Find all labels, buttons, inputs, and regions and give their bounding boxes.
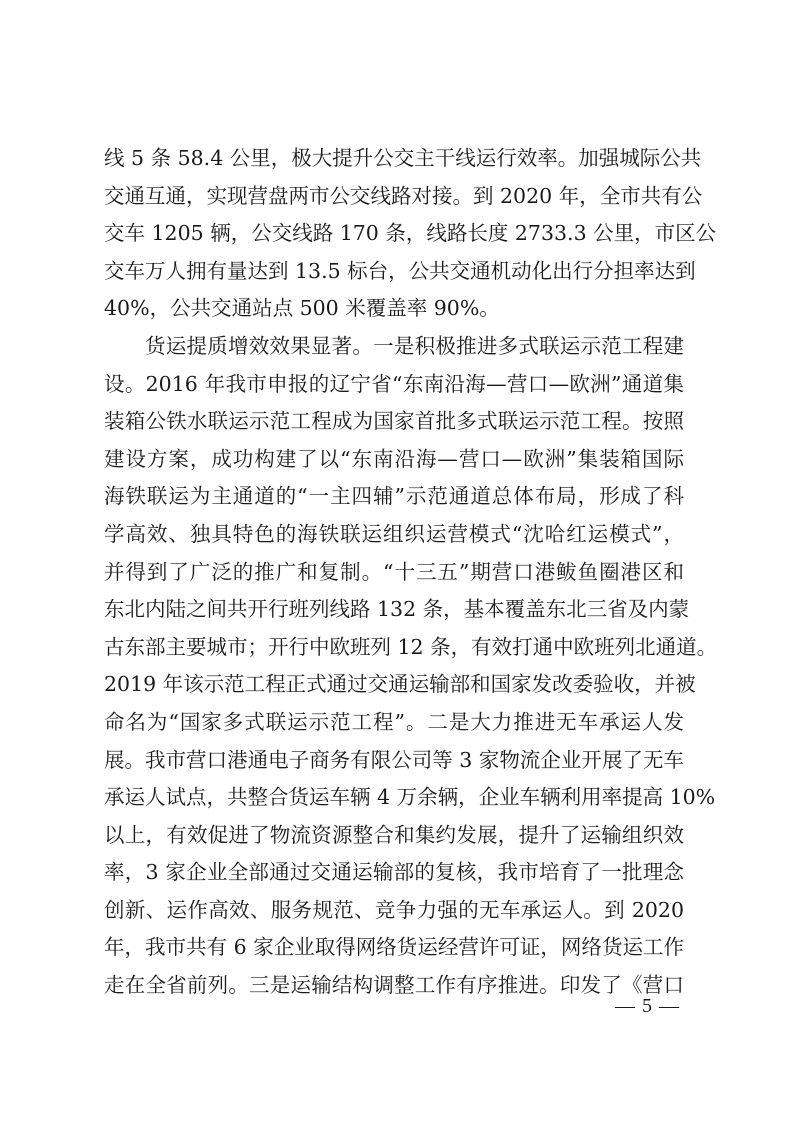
text-line: 海铁联运为主通道的“一主四辅”示范通道总体布局，形成了科 [104, 478, 684, 516]
text-line: 40%，公共交通站点 500 米覆盖率 90%。 [104, 290, 684, 328]
text-line: 命名为“国家多式联运示范工程”。二是大力推进无车承运人发 [104, 704, 684, 742]
text-line: 货运提质增效效果显著。一是积极推进多式联运示范工程建 [104, 328, 684, 366]
text-line: 东北内陆之间共开行班列线路 132 条，基本覆盖东北三省及内蒙 [104, 591, 684, 629]
text-line: 率，3 家企业全部通过交通运输部的复核，我市培育了一批理念 [104, 854, 684, 892]
text-line: 承运人试点，共整合货运车辆 4 万余辆，企业车辆利用率提高 10% [104, 779, 684, 817]
text-line: 2019 年该示范工程正式通过交通运输部和国家发改委验收，并被 [104, 666, 684, 704]
text-line: 建设方案，成功构建了以“东南沿海—营口—欧洲”集装箱国际 [104, 441, 684, 479]
text-line: 交车万人拥有量达到 13.5 标台，公共交通机动化出行分担率达到 [104, 253, 684, 291]
text-line: 走在全省前列。三是运输结构调整工作有序推进。印发了《营口 [104, 967, 684, 1005]
text-line: 线 5 条 58.4 公里，极大提升公交主干线运行效率。加强城际公共 [104, 140, 684, 178]
text-line: 学高效、独具特色的海铁联运组织运营模式“沈哈红运模式”， [104, 516, 684, 554]
text-line: 展。我市营口港通电子商务有限公司等 3 家物流企业开展了无车 [104, 742, 684, 780]
text-line: 古东部主要城市；开行中欧班列 12 条，有效打通中欧班列北通道。 [104, 629, 684, 667]
text-line: 创新、运作高效、服务规范、竞争力强的无车承运人。到 2020 [104, 892, 684, 930]
text-line: 交车 1205 辆，公交线路 170 条，线路长度 2733.3 公里，市区公 [104, 215, 684, 253]
page-number: — 5 — [600, 995, 680, 1018]
text-line: 装箱公铁水联运示范工程成为国家首批多式联运示范工程。按照 [104, 403, 684, 441]
text-line: 以上，有效促进了物流资源整合和集约发展，提升了运输组织效 [104, 817, 684, 855]
body-text: 线 5 条 58.4 公里，极大提升公交主干线运行效率。加强城际公共 交通互通，… [104, 140, 684, 1005]
text-line: 交通互通，实现营盘两市公交线路对接。到 2020 年，全市共有公 [104, 178, 684, 216]
text-line: 设。2016 年我市申报的辽宁省“东南沿海—营口—欧洲”通道集 [104, 366, 684, 404]
text-line: 年，我市共有 6 家企业取得网络货运经营许可证，网络货运工作 [104, 929, 684, 967]
text-line: 并得到了广泛的推广和复制。“十三五”期营口港鲅鱼圈港区和 [104, 554, 684, 592]
document-page: 线 5 条 58.4 公里，极大提升公交主干线运行效率。加强城际公共 交通互通，… [0, 0, 793, 1122]
